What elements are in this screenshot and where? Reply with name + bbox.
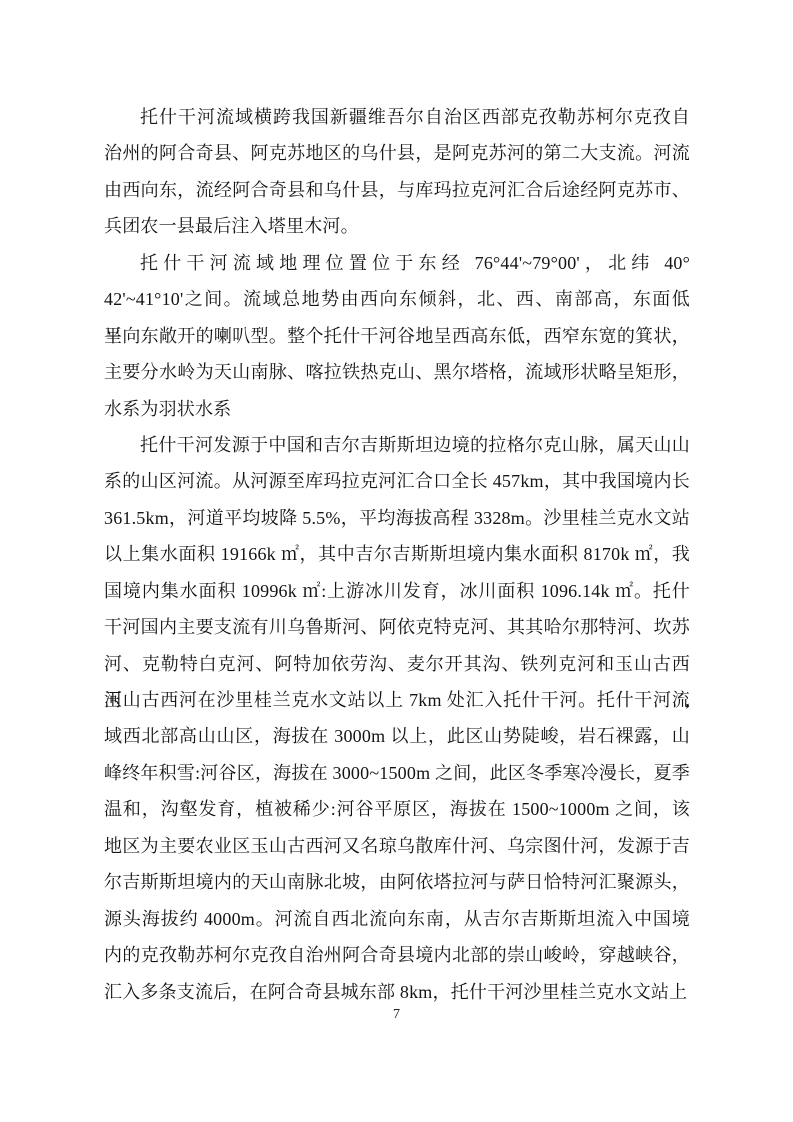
text-line: 水系为羽状水系 xyxy=(104,391,690,427)
document-page: 托什干河流域横跨我国新疆维吾尔自治区西部克孜勒苏柯尔克孜自 治州的阿合奇县、阿克… xyxy=(0,0,793,1122)
text-line: 域西北部高山山区，海拔在 3000m 以上，此区山势陡峻，岩石裸露，山 xyxy=(104,718,690,754)
text-line: 峰终年积雪:河谷区，海拔在 3000~1500m 之间，此区冬季寒冷漫长，夏季 xyxy=(104,755,690,791)
text-line: 42'~41°10'之间。流域总地势由西向东倾斜，北、西、南部高，东面低平， xyxy=(104,281,690,317)
text-line: 尔吉斯斯坦境内的天山南脉北坡，由阿依塔拉河与萨日恰特河汇聚源头， xyxy=(104,864,690,900)
text-line: 治州的阿合奇县、阿克苏地区的乌什县，是阿克苏河的第二大支流。河流 xyxy=(104,135,690,171)
text-line: 托什干河流域地理位置位于东经 76°44'~79°00'，北纬 40° xyxy=(104,245,690,281)
text-line: 以上集水面积 19166k ㎡，其中吉尔吉斯斯坦境内集水面积 8170k ㎡，我 xyxy=(104,536,690,572)
text-line: 干河国内主要支流有川乌鲁斯河、阿依克特克河、其其哈尔那特河、坎苏 xyxy=(104,609,690,645)
page-number: 7 xyxy=(0,1007,793,1023)
text-line: 托什干河流域横跨我国新疆维吾尔自治区西部克孜勒苏柯尔克孜自 xyxy=(104,99,690,135)
text-line: 兵团农一县最后注入塔里木河。 xyxy=(104,208,690,244)
text-line: 内的克孜勒苏柯尔克孜自治州阿合奇县境内北部的崇山峻岭，穿越峡谷， xyxy=(104,937,690,973)
text-line: 361.5km，河道平均坡降 5.5%，平均海拔高程 3328m。沙里桂兰克水文… xyxy=(104,500,690,536)
text-line: 由西向东，流经阿合奇县和乌什县，与库玛拉克河汇合后途经阿克苏市、 xyxy=(104,172,690,208)
text-line: 地区为主要农业区玉山古西河又名琼乌散库什河、乌宗图什河，发源于吉 xyxy=(104,828,690,864)
text-line: 国境内集水面积 10996k ㎡:上游冰川发育，冰川面积 1096.14k ㎡。… xyxy=(104,573,690,609)
text-line: 系的山区河流。从河源至库玛拉克河汇合口全长 457km，其中我国境内长 xyxy=(104,463,690,499)
text-line: 呈向东敞开的喇叭型。整个托什干河谷地呈西高东低，西窄东宽的箕状， xyxy=(104,318,690,354)
text-line: 玉山古西河在沙里桂兰克水文站以上 7km 处汇入托什干河。托什干河流 xyxy=(104,682,690,718)
text-line: 温和，沟壑发育，植被稀少:河谷平原区，海拔在 1500~1000m 之间，该 xyxy=(104,791,690,827)
text-line: 主要分水岭为天山南脉、喀拉铁热克山、黑尔塔格，流域形状略呈矩形， xyxy=(104,354,690,390)
text-line: 河、克勒特白克河、阿特加依劳沟、麦尔开其沟、铁列克河和玉山古西河, xyxy=(104,646,690,682)
text-line: 汇入多条支流后，在阿合奇县城东部 8km，托什干河沙里桂兰克水文站上 xyxy=(104,974,690,1010)
document-body: 托什干河流域横跨我国新疆维吾尔自治区西部克孜勒苏柯尔克孜自 治州的阿合奇县、阿克… xyxy=(104,99,690,1010)
text-line: 源头海拔约 4000m。河流自西北流向东南，从吉尔吉斯斯坦流入中国境 xyxy=(104,901,690,937)
text-line: 托什干河发源于中国和吉尔吉斯斯坦边境的拉格尔克山脉，属天山山 xyxy=(104,427,690,463)
